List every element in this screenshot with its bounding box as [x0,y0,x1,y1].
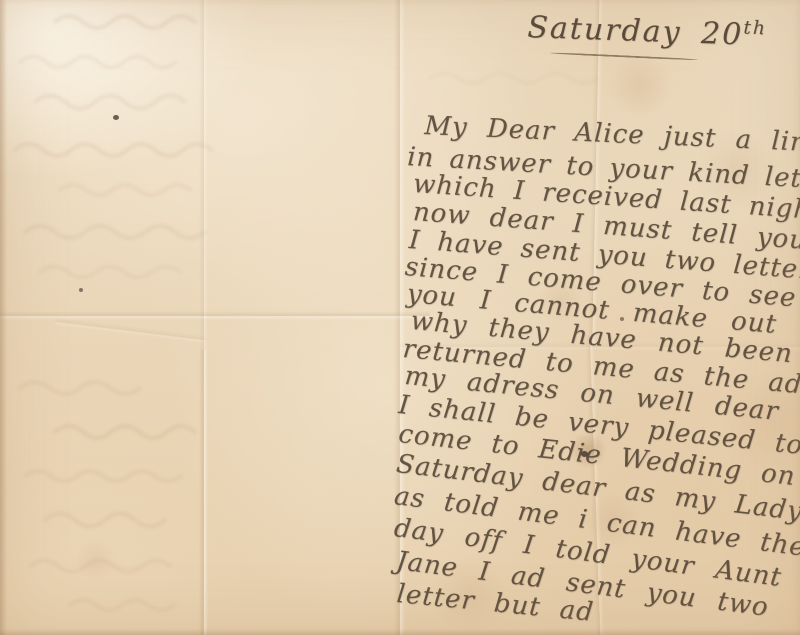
ink-speck [79,288,83,292]
fold-crease-left-quarter-lower [199,350,208,635]
paper-edge-left [0,0,7,635]
fold-crease-horizontal-left [0,311,430,320]
heading-date-text: Saturday 20 [527,10,744,53]
fold-crease-left-quarter [199,0,208,635]
crease-diagonal-lower-left [55,317,205,344]
paper-edge-bottom [0,629,800,635]
heading-underline [550,52,698,61]
ink-speck [113,115,119,120]
letter-scan: Saturday 20th My Dear Alice just a line … [0,0,800,635]
heading-date-suffix: th [743,18,767,40]
letter-heading-date: Saturday 20th [527,12,767,51]
